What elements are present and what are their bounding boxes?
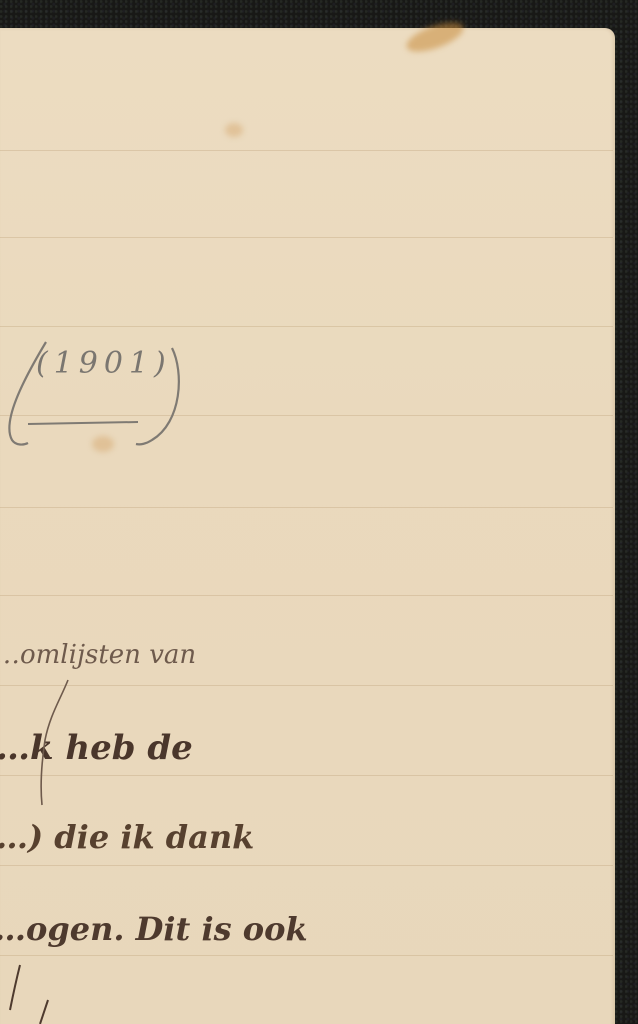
handwritten-line-3: …) die ik dank <box>0 818 254 856</box>
ruled-line <box>0 595 613 596</box>
ruled-line <box>0 237 613 238</box>
ruled-line <box>0 865 613 866</box>
ruled-line <box>0 955 613 956</box>
handwritten-line-2: …k heb de <box>0 728 193 768</box>
ruled-line <box>0 775 613 776</box>
ruled-line <box>0 507 613 508</box>
ruled-line <box>0 685 613 686</box>
ruled-line <box>0 150 613 151</box>
handwritten-line-1: …omlijsten van <box>0 640 196 670</box>
stain-mark <box>225 123 243 137</box>
handwritten-line-4: …ogen. Dit is ook <box>0 910 308 948</box>
stain-mark <box>92 436 114 452</box>
letter-page <box>0 28 615 1024</box>
date-annotation: (1901) <box>2 312 187 422</box>
date-text: (1901) <box>36 346 172 381</box>
